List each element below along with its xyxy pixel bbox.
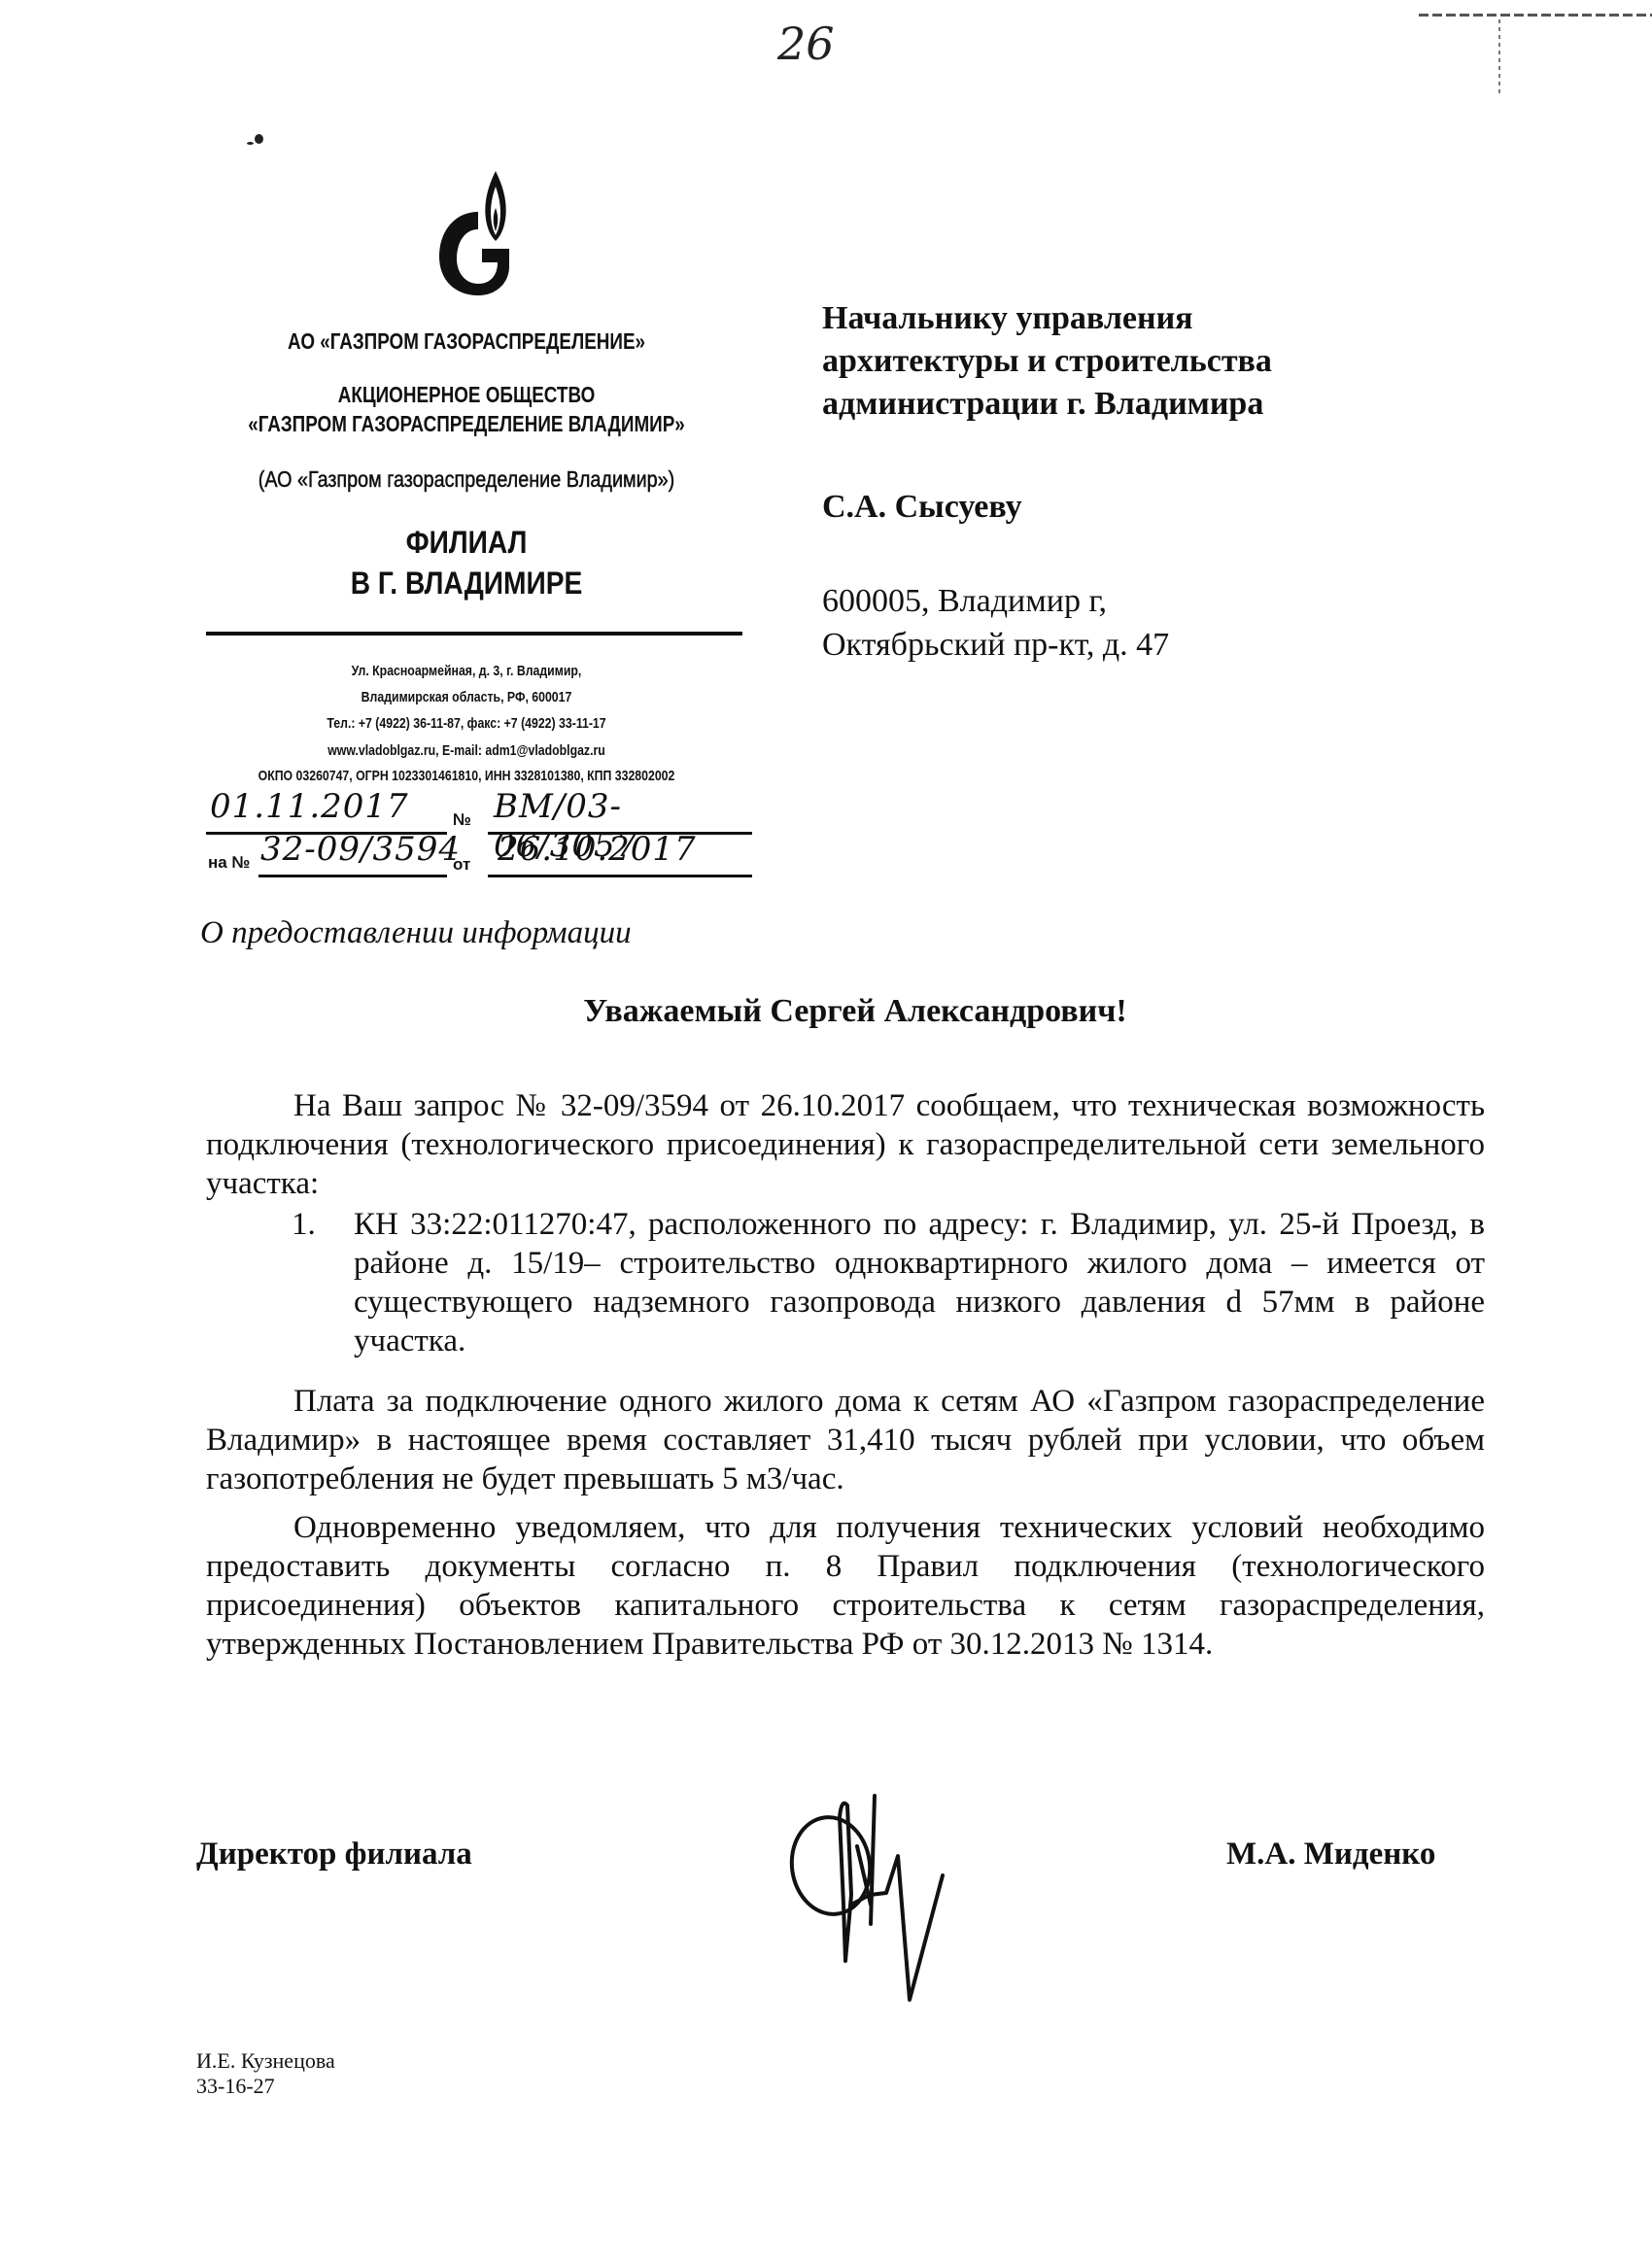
scan-artifact-stamp (1419, 6, 1652, 93)
scan-speck (247, 142, 254, 145)
signatory-name: М.А. Миденко (1226, 1837, 1435, 1873)
branch-city: В Г. ВЛАДИМИРЕ (227, 566, 706, 601)
sender-phone: Тел.: +7 (4922) 36-11-87, факс: +7 (4922… (243, 715, 689, 732)
reply-to-date: 26.10.2017 (498, 830, 697, 869)
list-item: 1. КН 33:22:011270:47, расположенного по… (292, 1205, 1485, 1360)
org-name: «ГАЗПРОМ ГАЗОРАСПРЕДЕЛЕНИЕ ВЛАДИМИР» (243, 411, 689, 437)
letter-subject: О предоставлении информации (200, 915, 632, 951)
parent-org-name: АО «ГАЗПРОМ ГАЗОРАСПРЕДЕЛЕНИЕ» (243, 328, 689, 355)
handwritten-signature-icon (777, 1759, 972, 2031)
recipient-address-line1: 600005, Владимир г, (822, 579, 1107, 623)
sender-address-line2: Владимирская область, РФ, 600017 (243, 689, 689, 705)
sender-address-line1: Ул. Красноармейная, д. 3, г. Владимир, (243, 663, 689, 679)
body-paragraph-3: Одновременно уведомляем, что для получен… (206, 1508, 1485, 1664)
recipient-position-line1: Начальнику управления (822, 297, 1193, 340)
body-paragraph-2: Плата за подключение одного жилого дома … (206, 1382, 1485, 1498)
executor-name: И.Е. Кузнецова (196, 2048, 335, 2074)
outgoing-date: 01.11.2017 (210, 787, 409, 826)
reply-to-number: 32-09/3594 (260, 830, 461, 869)
body-paragraph-1: На Ваш запрос № 32-09/3594 от 26.10.2017… (206, 1086, 1485, 1203)
list-item-text: КН 33:22:011270:47, расположенного по ад… (292, 1205, 1485, 1360)
list-item-number: 1. (292, 1205, 316, 1244)
recipient-position-line2: архитектуры и строительства (822, 340, 1272, 383)
header-divider (206, 632, 742, 636)
sender-web: www.vladoblgaz.ru, E-mail: adm1@vladoblg… (243, 742, 689, 759)
recipient-position-line3: администрации г. Владимира (822, 383, 1263, 426)
number-label: № (453, 810, 471, 830)
branch-title: ФИЛИАЛ (227, 525, 706, 561)
letter-greeting: Уважаемый Сергей Александрович! (0, 993, 1652, 1030)
org-type: АКЦИОНЕРНОЕ ОБЩЕСТВО (243, 382, 689, 408)
registration-block: 01.11.2017 № ВМ/03-06/3057 на № 32-09/35… (206, 785, 750, 882)
org-short-name: (АО «Газпром газораспределение Владимир»… (232, 466, 701, 493)
from-label: от (453, 855, 470, 875)
handwritten-page-number: 26 (777, 17, 835, 70)
sender-codes: ОКПО 03260747, ОГРН 1023301461810, ИНН 3… (243, 768, 689, 784)
executor-block: И.Е. Кузнецова 33-16-27 (196, 2048, 335, 2099)
scan-speck (255, 134, 263, 144)
gazprom-logo-icon (435, 169, 513, 295)
signatory-title: Директор филиала (196, 1837, 472, 1873)
recipient-address-line2: Октябрьский пр-кт, д. 47 (822, 623, 1169, 667)
reply-to-label: на № (208, 853, 250, 873)
executor-phone: 33-16-27 (196, 2074, 335, 2099)
recipient-name: С.А. Сысуеву (822, 486, 1022, 529)
